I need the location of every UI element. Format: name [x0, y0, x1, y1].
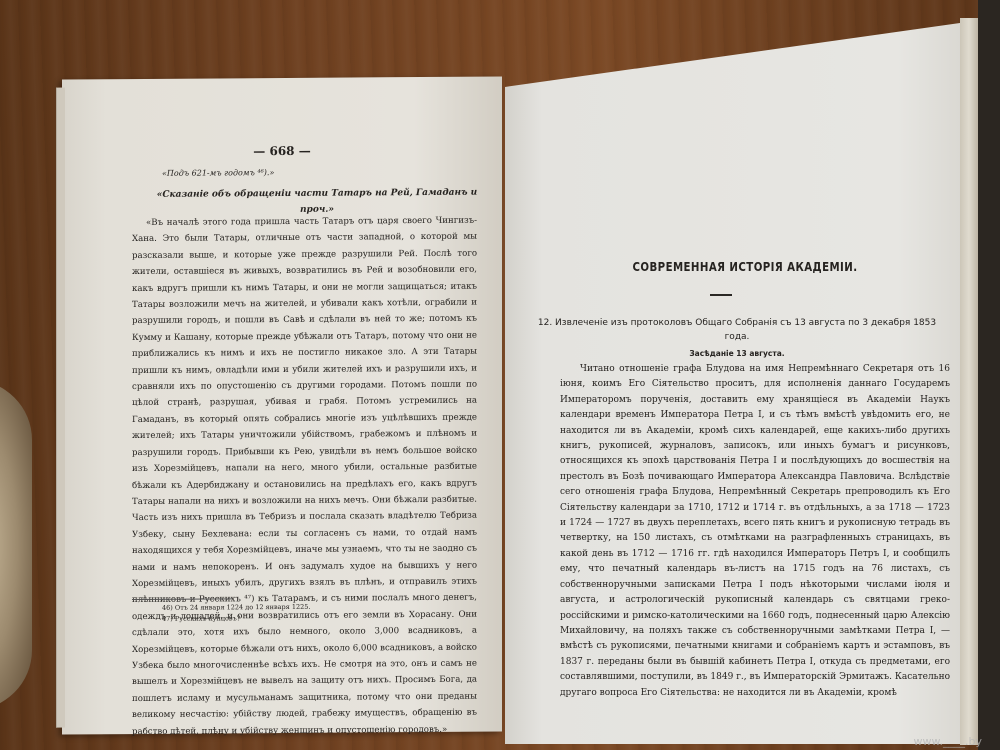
right-body-text: Читано отношеніе графа Блудова на имя Не… — [560, 362, 950, 701]
section-title: СОВРЕМЕННАЯ ИСТОРІЯ АКАДЕМІИ. — [592, 260, 898, 274]
page-number: — 668 — — [62, 142, 502, 159]
session-heading: Засѣданіе 13 августа. — [527, 349, 947, 358]
footnote-46: 46) Отъ 24 января 1224 до 12 января 1225… — [162, 602, 310, 614]
left-page: — 668 — «Подъ 621-мъ годомъ ⁴⁶).» «Сказа… — [62, 76, 502, 734]
left-body-text: «Въ началѣ этого года пришла часть Татар… — [132, 213, 477, 740]
title-rule — [710, 294, 732, 296]
footnote-47: 47) Русскихъ купцовъ? — [162, 613, 310, 625]
year-heading: «Подъ 621-мъ годомъ ⁴⁶).» — [162, 168, 274, 178]
dark-background-edge — [978, 0, 1000, 750]
footnotes: 46) Отъ 24 января 1224 до 12 января 1225… — [162, 602, 310, 625]
wicker-basket — [0, 380, 32, 710]
page-fore-edge — [960, 18, 978, 745]
protocol-subheading: 12. Извлеченіе изъ протоколовъ Общаго Со… — [527, 316, 947, 344]
watermark: www.____.by — [914, 735, 982, 748]
right-page: СОВРЕМЕННАЯ ИСТОРІЯ АКАДЕМІИ. 12. Извлеч… — [505, 22, 967, 744]
